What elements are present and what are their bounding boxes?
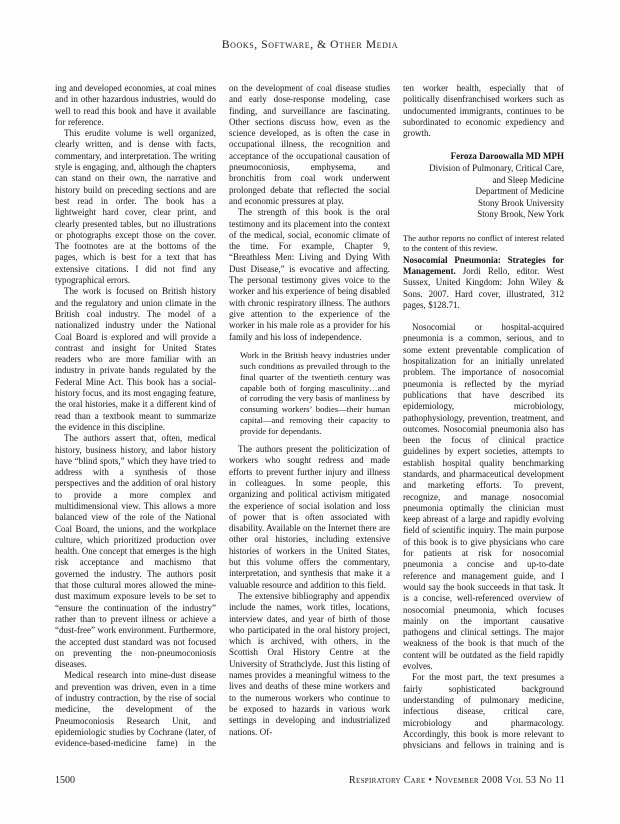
paragraph: Nosocomial or hospital-acquired pneumoni… [403, 322, 564, 672]
footer-page-number: 1500 [55, 775, 75, 786]
column-left: ing and developed economies, at coal min… [55, 83, 216, 749]
book-citation: Nosocomial Pneumonia: Strategies for Man… [403, 255, 564, 311]
column-middle: on the development of coal disease studi… [229, 83, 390, 749]
paragraph: The strength of this book is the oral te… [229, 207, 390, 343]
paragraph: Medical research into mine-dust disease … [55, 670, 216, 749]
reviewer-name: Feroza Daroowalla MD MPH [403, 151, 564, 163]
reviewer-affiliation: Stony Brook, New York [403, 209, 564, 221]
paragraph: The authors assert that, often, medical … [55, 433, 216, 670]
paragraph: ten worker health, especially that of po… [403, 83, 564, 139]
footer-journal-line: Respiratory Care • November 2008 Vol 53 … [349, 775, 565, 786]
journal-page: Books, Software, & Other Media ing and d… [0, 0, 620, 824]
column-right: ten worker health, especially that of po… [403, 83, 564, 749]
text-columns: ing and developed economies, at coal min… [55, 83, 565, 749]
page-footer: 1500 Respiratory Care • November 2008 Vo… [55, 775, 565, 786]
paragraph: The authors present the politicization o… [229, 444, 390, 591]
paragraph: For the most part, the text presumes a f… [403, 672, 564, 749]
block-quote: Work in the British heavy industries und… [240, 350, 390, 437]
paragraph: This erudite volume is well organized, c… [55, 128, 216, 286]
reviewer-affiliation: Stony Brook University [403, 198, 564, 210]
reviewer-affiliation: and Sleep Medicine [403, 175, 564, 187]
paragraph: ing and developed economies, at coal min… [55, 83, 216, 128]
paragraph: on the development of coal disease studi… [229, 83, 390, 207]
reviewer-affiliation: Department of Medicine [403, 186, 564, 198]
running-head-section-title: Books, Software, & Other Media [0, 39, 620, 51]
conflict-of-interest-note: The author reports no conflict of intere… [403, 234, 564, 255]
reviewer-signature-block: Feroza Daroowalla MD MPH Division of Pul… [403, 151, 564, 221]
reviewer-affiliation: Division of Pulmonary, Critical Care, [403, 163, 564, 175]
paragraph: The work is focused on British history a… [55, 286, 216, 433]
paragraph: The extensive bibliography and appendix … [229, 591, 390, 738]
